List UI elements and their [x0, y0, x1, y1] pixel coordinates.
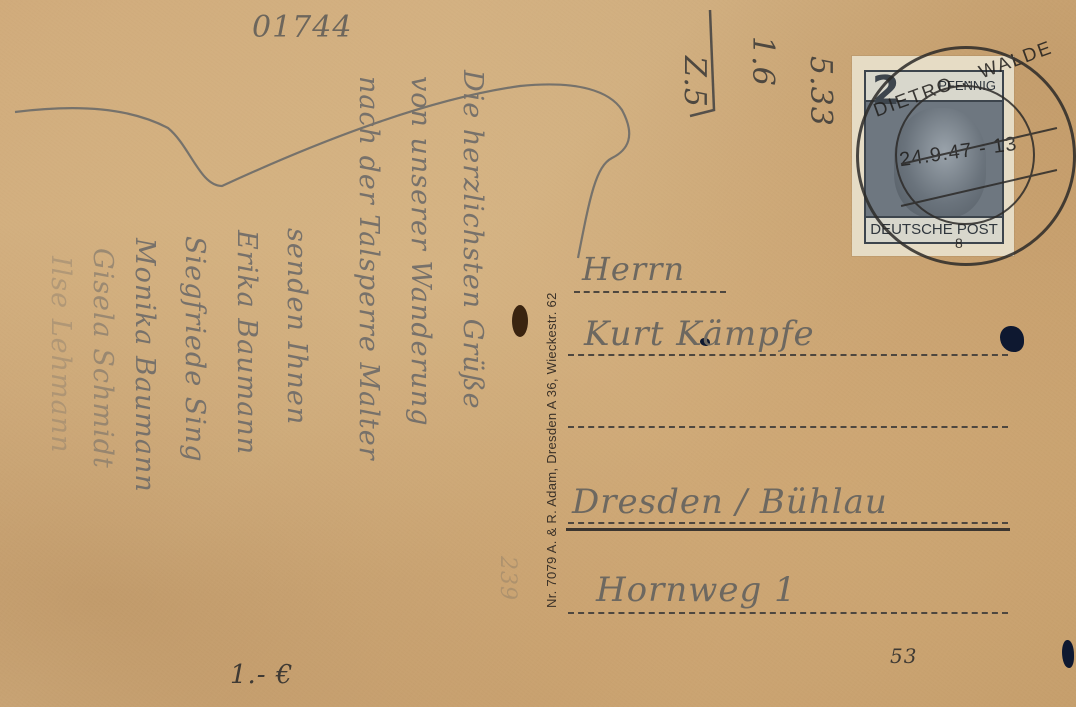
- address-city: Dresden / Bühlau: [572, 482, 888, 522]
- postmark-code: 8: [955, 235, 965, 251]
- message-line: senden Ihnen: [281, 228, 312, 425]
- archive-number: 01744: [252, 10, 352, 45]
- publisher-imprint: Nr. 7079 A. & R. Adam, Dresden A 36, Wie…: [544, 292, 559, 608]
- postmark: DIETRO… WALDE 24.9.47 - 13 8: [856, 46, 1076, 266]
- address-line: [574, 291, 726, 293]
- message-line: Erika Baumann: [231, 230, 262, 455]
- address-line: [568, 426, 1008, 428]
- address-line: [568, 354, 1008, 356]
- faint-number: 239: [495, 556, 520, 601]
- message-line: von unserer Wanderung: [405, 76, 436, 427]
- message-line: Die herzlichsten Grüße: [457, 70, 488, 410]
- postcard-back: 01744 Z.5 1.6 5.33 Die herzlichsten Grüß…: [0, 0, 1076, 707]
- corner-note: 53: [890, 644, 917, 668]
- address-street: Hornweg 1: [596, 570, 797, 610]
- city-underline: [566, 528, 1010, 531]
- scribble-note: Z.5: [677, 56, 712, 108]
- address-line: [568, 522, 1008, 524]
- message-line: nach der Talsperre Malter: [353, 76, 384, 461]
- message-line: Gisela Schmidt: [87, 248, 118, 469]
- message-line: Monika Baumann: [129, 238, 160, 493]
- address-salutation: Herrn: [582, 250, 685, 288]
- address-name: Kurt Kämpfe: [584, 314, 815, 354]
- scribble-note: 1.6: [745, 36, 780, 87]
- address-line: [568, 612, 1008, 614]
- message-line: Siegfriede Sing: [179, 236, 210, 463]
- scribble-note: 5.33: [803, 56, 838, 127]
- message-line: Ilse Lehmann: [45, 256, 76, 454]
- price-note: 1.- €: [230, 660, 293, 690]
